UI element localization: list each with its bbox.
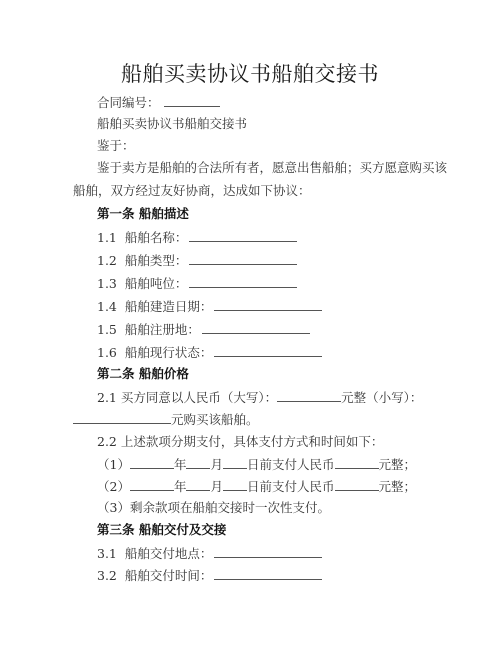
amount-blank (335, 478, 379, 491)
article-1-item: 1.1 船舶名称： (97, 229, 297, 246)
item-number: 1.4 (97, 299, 117, 314)
fill-blank (214, 545, 322, 558)
day-blank (223, 478, 247, 491)
subtitle: 船舶买卖协议书船舶交接书 (97, 116, 247, 132)
installment-line: （2）年月日前支付人民币元整； (97, 478, 416, 495)
document-title: 船舶买卖协议书船舶交接书 (0, 58, 500, 88)
day-text: 日前支付人民币 (247, 457, 335, 472)
contract-number-blank (164, 94, 220, 107)
month-blank (186, 478, 210, 491)
article-1-item: 1.4 船舶建造日期： (97, 298, 322, 315)
month-label: 月 (210, 457, 223, 472)
day-blank (223, 456, 247, 469)
item-text: 2.1 买方同意以人民币（大写）： (97, 390, 277, 405)
preamble-line-1: 鉴于卖方是船舶的合法所有者，愿意出售船舶；买方愿意购买该 (97, 160, 447, 176)
fill-blank (214, 567, 322, 580)
installment-prefix: （1） (97, 457, 130, 472)
article-1-item: 1.2 船舶类型： (97, 252, 297, 269)
month-label: 月 (210, 479, 223, 494)
item-label: 船舶注册地： (125, 322, 200, 337)
article-3-item: 3.1 船舶交付地点： (97, 545, 322, 562)
item-label: 船舶吨位： (125, 276, 188, 291)
contract-number-line: 合同编号： (97, 94, 220, 111)
fill-blank (189, 252, 297, 265)
article-2-heading: 第二条 船舶价格 (97, 366, 189, 382)
article-1-item: 1.6 船舶现行状态： (97, 344, 322, 361)
year-blank (130, 478, 174, 491)
item-label: 船舶名称： (125, 230, 188, 245)
month-blank (186, 456, 210, 469)
amount-suffix: 元整； (379, 479, 417, 494)
year-label: 年 (174, 457, 187, 472)
fill-blank (214, 298, 322, 311)
article-3-item: 3.2 船舶交付时间： (97, 567, 322, 584)
article-2-item-2: 2.2 上述款项分期支付，具体支付方式和时间如下： (97, 434, 383, 450)
fill-blank (277, 389, 341, 402)
article-1-heading: 第一条 船舶描述 (97, 206, 189, 222)
contract-number-label: 合同编号： (97, 95, 160, 110)
item-number: 1.3 (97, 276, 117, 291)
fill-blank (189, 275, 297, 288)
item-number: 3.1 (97, 546, 117, 561)
article-2-item-3: （3）剩余款项在船舶交接时一次性支付。 (97, 500, 330, 516)
item-number: 1.6 (97, 345, 117, 360)
item-number: 1.1 (97, 230, 117, 245)
article-1-item: 1.5 船舶注册地： (97, 321, 310, 338)
article-3-heading: 第三条 船舶交付及交接 (97, 522, 226, 538)
fill-blank (214, 344, 322, 357)
item-number: 1.2 (97, 253, 117, 268)
item-label: 船舶交付地点： (125, 546, 213, 561)
item-text: 元整（小写）： (341, 390, 422, 405)
item-label: 船舶现行状态： (125, 345, 213, 360)
amount-blank (335, 456, 379, 469)
fill-blank (189, 229, 297, 242)
document-page: 船舶买卖协议书船舶交接书 合同编号： 船舶买卖协议书船舶交接书 鉴于： 鉴于卖方… (0, 0, 500, 647)
article-2-item-1-cont: 元购买该船舶。 (73, 411, 259, 428)
year-label: 年 (174, 479, 187, 494)
article-2-item-1: 2.1 买方同意以人民币（大写）：元整（小写）： (97, 389, 422, 406)
installment-prefix: （2） (97, 479, 130, 494)
item-number: 3.2 (97, 568, 117, 583)
whereas-label: 鉴于： (97, 138, 135, 154)
year-blank (130, 456, 174, 469)
preamble-line-2: 船舶，双方经过友好协商，达成如下协议： (73, 183, 311, 199)
item-label: 船舶类型： (125, 253, 188, 268)
fill-blank (202, 321, 310, 334)
amount-suffix: 元整； (379, 457, 417, 472)
day-text: 日前支付人民币 (247, 479, 335, 494)
article-1-item: 1.3 船舶吨位： (97, 275, 297, 292)
fill-blank (73, 411, 171, 424)
item-label: 船舶建造日期： (125, 299, 213, 314)
item-number: 1.5 (97, 322, 117, 337)
item-text: 元购买该船舶。 (171, 412, 259, 427)
installment-line: （1）年月日前支付人民币元整； (97, 456, 416, 473)
item-label: 船舶交付时间： (125, 568, 213, 583)
